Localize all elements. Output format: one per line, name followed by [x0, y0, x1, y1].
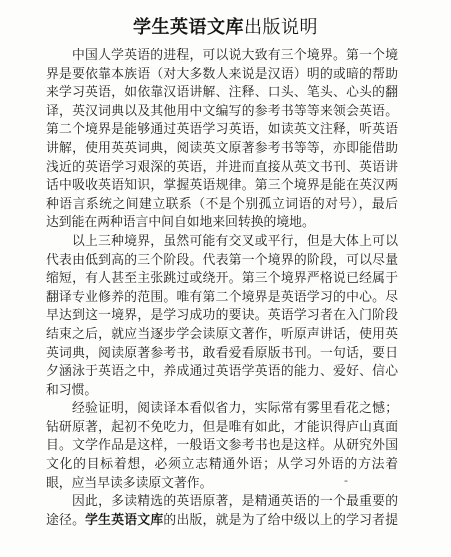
text-segment: 眼，应当早读多读原文著作。	[46, 476, 212, 491]
text-line: 种语言系统之间建立联系（不是个别孤立词语的对号），最后	[46, 196, 398, 215]
text-line: 讲解，使用英英词典，阅读英文原著参考书等等，亦即能借助	[46, 140, 398, 159]
text-segment: 目。文学作品是这样，一般语文参考书也是这样。从研究外国	[46, 438, 398, 453]
text-line: 夕涵泳于英语之中，养成通过英语学英语的能力、爱好、信心	[46, 363, 398, 382]
text-segment: 达到能在两种语言中间自如地来回转换的境地。	[46, 215, 315, 230]
text-line: 经验证明，阅读译本看似省力，实际常有雾里看花之憾；	[46, 400, 398, 419]
text-segment: 浅近的英语学习艰深的英语，并进而直接从英文书刊、英语讲	[46, 160, 398, 175]
text-segment: 话中吸收英语知识，掌握英语规律。第三个境界是能在英汉两	[46, 178, 398, 193]
text-line: 结束之后，就应当逐步学会读原文著作，听原声讲话，使用英	[46, 326, 398, 345]
text-line: 中国人学英语的进程，可以说大致有三个境界。第一个境	[46, 47, 398, 66]
text-segment: 缩短，有人甚至主张跳过或绕开。第三个境界严格说已经属于	[46, 271, 398, 286]
text-segment: 夕涵泳于英语之中，养成通过英语学英语的能力、爱好、信心	[46, 364, 398, 379]
text-segment: 结束之后，就应当逐步学会读原文著作，听原声讲话，使用英	[46, 327, 398, 342]
document-page: 学生英语文库出版说明 中国人学英语的进程，可以说大致有三个境界。第一个境界是要依…	[0, 0, 451, 557]
text-line: 第二个境界是能够通过英语学习英语，如读英文注释，听英语	[46, 121, 398, 140]
text-line: 英词典，阅读原著参考书，敢看爱看原版书刊。一句话，要日	[46, 345, 398, 364]
text-segment: 种语言系统之间建立联系（不是个别孤立词语的对号），最后	[46, 197, 398, 212]
text-line: 代表由低到高的三个阶段。代表第一个境界的阶段，可以尽量	[46, 252, 398, 271]
text-line: 话中吸收英语知识，掌握英语规律。第三个境界是能在英汉两	[46, 177, 398, 196]
text-segment: 代表由低到高的三个阶段。代表第一个境界的阶段，可以尽量	[46, 253, 398, 268]
text-line: 缩短，有人甚至主张跳过或绕开。第三个境界严格说已经属于	[46, 270, 398, 289]
text-segment: 的出版，就是为了给中级以上的学习者提	[163, 513, 398, 528]
text-segment: 中国人学英语的进程，可以说大致有三个境界。第一个境	[72, 48, 398, 63]
text-segment: 早达到这一境界，是学习成功的要诀。英语学习者在入门阶段	[46, 308, 398, 323]
text-line: 途径。学生英语文库的出版，就是为了给中级以上的学习者提	[46, 512, 398, 531]
text-line: 界是要依靠本族语（对大多数人来说是汉语）明的或暗的帮助	[46, 66, 398, 85]
text-segment: 经验证明，阅读译本看似省力，实际常有雾里看花之憾；	[72, 401, 398, 416]
text-line: 早达到这一境界，是学习成功的要诀。英语学习者在入门阶段	[46, 307, 398, 326]
text-line: 翻译专业修养的范围。唯有第二个境界是英语学习的中心。尽	[46, 289, 398, 308]
text-segment: 文化的目标着想，必须立志精通外语；从学习外语的方法着	[46, 457, 398, 472]
text-line: 文化的目标着想，必须立志精通外语；从学习外语的方法着	[46, 456, 398, 475]
stray-mark: -	[344, 474, 348, 487]
document-lines: 中国人学英语的进程，可以说大致有三个境界。第一个境界是要依靠本族语（对大多数人来…	[46, 47, 398, 530]
text-segment: 来学习英语，如依靠汉语讲解、注释、口头、笔头、心头的翻	[46, 85, 398, 100]
title-suffix: 出版说明	[244, 17, 318, 38]
title-series-name: 学生英语文库	[133, 17, 244, 38]
text-line: 因此，多读精选的英语原著，是精通英语的一个最重要的	[46, 493, 398, 512]
text-line: 钻研原著，起初不免吃力，但是唯有如此，才能识得庐山真面	[46, 419, 398, 438]
text-line: 浅近的英语学习艰深的英语，并进而直接从英文书刊、英语讲	[46, 159, 398, 178]
text-line: 以上三种境界，虽然可能有交叉或平行，但是大体上可以	[46, 233, 398, 252]
text-segment: 和习惯。	[46, 383, 97, 398]
text-segment: 因此，多读精选的英语原著，是精通英语的一个最重要的	[72, 494, 398, 509]
text-line: 和习惯。	[46, 382, 398, 401]
text-segment: 界是要依靠本族语（对大多数人来说是汉语）明的或暗的帮助	[46, 67, 398, 82]
text-segment: 翻译专业修养的范围。唯有第二个境界是英语学习的中心。尽	[46, 290, 398, 305]
text-segment: 第二个境界是能够通过英语学习英语，如读英文注释，听英语	[46, 122, 398, 137]
document-title: 学生英语文库出版说明	[0, 13, 451, 39]
text-line: 目。文学作品是这样，一般语文参考书也是这样。从研究外国	[46, 437, 398, 456]
text-line: 译，英汉词典以及其他用中文编写的参考书等等来领会英语。	[46, 103, 398, 122]
text-segment: 以上三种境界，虽然可能有交叉或平行，但是大体上可以	[72, 234, 398, 249]
text-line: 来学习英语，如依靠汉语讲解、注释、口头、笔头、心头的翻	[46, 84, 398, 103]
text-segment: 讲解，使用英英词典，阅读英文原著参考书等等，亦即能借助	[46, 141, 398, 156]
series-name-bold: 学生英语文库	[85, 513, 163, 528]
text-line: 达到能在两种语言中间自如地来回转换的境地。	[46, 214, 398, 233]
text-segment: 钻研原著，起初不免吃力，但是唯有如此，才能识得庐山真面	[46, 420, 398, 435]
text-segment: 途径。	[46, 513, 85, 528]
text-segment: 译，英汉词典以及其他用中文编写的参考书等等来领会英语。	[46, 104, 398, 119]
text-segment: 英词典，阅读原著参考书，敢看爱看原版书刊。一句话，要日	[46, 346, 398, 361]
